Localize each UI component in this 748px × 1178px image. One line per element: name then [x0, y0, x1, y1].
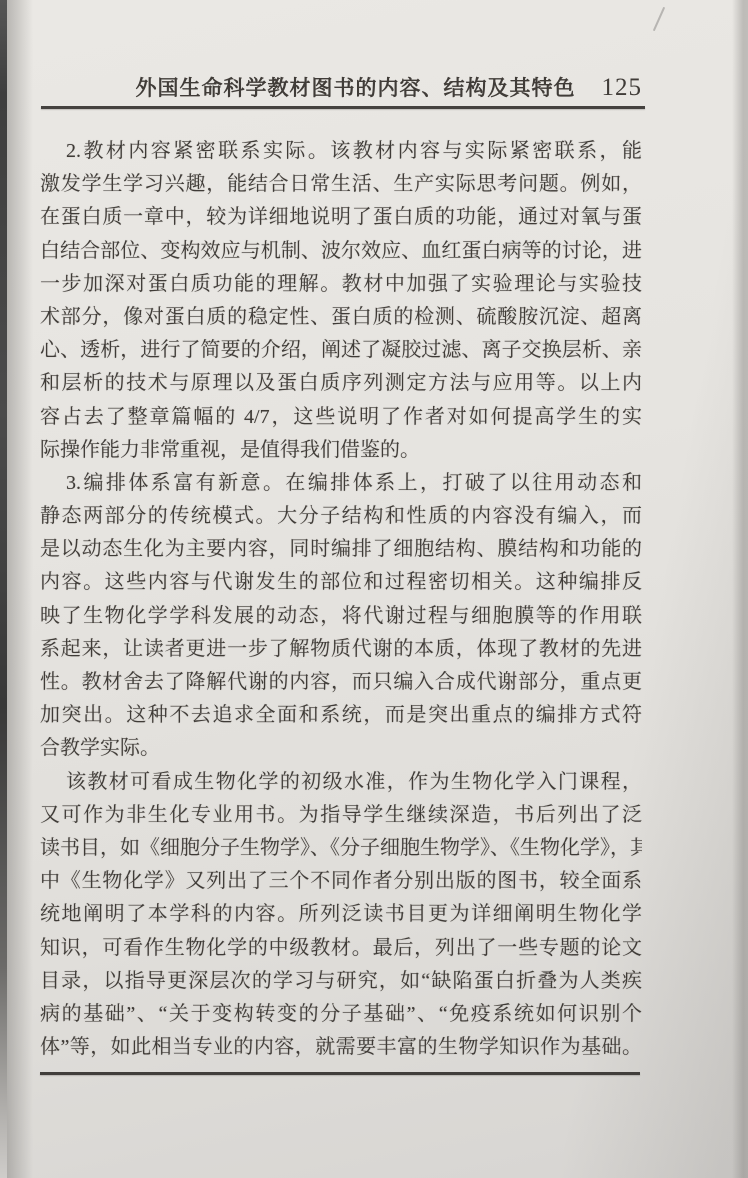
text-line: 统地阐明了本学科的内容。所列泛读书目更为详细阐明生物化学 — [40, 898, 642, 931]
text-line: 心、透析，进行了简要的介绍，阐述了凝胶过滤、离子交换层析、亲 — [40, 334, 642, 367]
text-line: 际操作能力非常重视，是值得我们借鉴的。 — [40, 434, 642, 467]
scan-scratch-mark — [653, 7, 665, 32]
text-line: 是以动态生化为主要内容，同时编排了细胞结构、膜结构和功能的 — [40, 533, 642, 566]
page-right-edge-shadow — [732, 0, 748, 1178]
text-line: 系起来，让读者更进一步了解物质代谢的本质，体现了教材的先进 — [40, 633, 642, 666]
text-line: 激发学生学习兴趣，能结合日常生活、生产实际思考问题。例如， — [40, 168, 642, 201]
page-spine-edge — [0, 0, 7, 1178]
text-line: 内容。这些内容与代谢发生的部位和过程密切相关。这种编排反 — [40, 566, 642, 599]
text-line: 白结合部位、变构效应与机制、波尔效应、血红蛋白病等的讨论，进 — [40, 235, 642, 268]
text-line: 知识，可看作生物化学的中级教材。最后，列出了一些专题的论文 — [40, 932, 642, 965]
running-head: 外国生命科学教材图书的内容、结构及其特色 125 — [40, 72, 642, 102]
header-rule — [41, 106, 645, 109]
body-text: 2.教材内容紧密联系实际。该教材内容与实际紧密联系，能 激发学生学习兴趣，能结合… — [40, 135, 642, 1064]
text-line: 目录，以指导更深层次的学习与研究，如“缺陷蛋白折叠为人类疾 — [40, 965, 642, 998]
text-line: 和层析的技术与原理以及蛋白质序列测定方法与应用等。以上内 — [40, 367, 642, 400]
text-line: 合教学实际。 — [40, 732, 642, 765]
footer-rule — [40, 1072, 640, 1075]
text-line: 2.教材内容紧密联系实际。该教材内容与实际紧密联系，能 — [40, 135, 642, 168]
text-line: 在蛋白质一章中，较为详细地说明了蛋白质的功能，通过对氧与蛋 — [40, 201, 642, 234]
text-line: 病的基础”、“关于变构转变的分子基础”、“免疫系统如何识别个 — [40, 998, 642, 1031]
scanned-book-page: 外国生命科学教材图书的内容、结构及其特色 125 2.教材内容紧密联系实际。该教… — [0, 0, 748, 1178]
text-line: 体”等，如此相当专业的内容，就需要丰富的生物学知识作为基础。 — [40, 1031, 642, 1064]
text-line: 中《生物化学》又列出了三个不同作者分别出版的图书，较全面系 — [40, 865, 642, 898]
running-head-title: 外国生命科学教材图书的内容、结构及其特色 — [136, 72, 576, 102]
text-line: 性。教材舍去了降解代谢的内容，而只编入合成代谢部分，重点更 — [40, 666, 642, 699]
text-line: 3.编排体系富有新意。在编排体系上，打破了以往用动态和 — [40, 467, 642, 500]
text-line: 加突出。这种不去追求全面和系统，而是突出重点的编排方式符 — [40, 699, 642, 732]
text-line: 静态两部分的传统模式。大分子结构和性质的内容没有编入，而 — [40, 500, 642, 533]
text-line: 映了生物化学学科发展的动态，将代谢过程与细胞膜等的作用联 — [40, 600, 642, 633]
page-number: 125 — [602, 74, 643, 102]
page-spine-shadow — [7, 0, 33, 1178]
text-line: 容占去了整章篇幅的 4/7，这些说明了作者对如何提高学生的实 — [40, 401, 642, 434]
text-line: 一步加深对蛋白质功能的理解。教材中加强了实验理论与实验技 — [40, 268, 642, 301]
text-line: 术部分，像对蛋白质的稳定性、蛋白质的检测、硫酸胺沉淀、超离 — [40, 301, 642, 334]
text-line: 又可作为非生化专业用书。为指导学生继续深造，书后列出了泛 — [40, 799, 642, 832]
text-line: 该教材可看成生物化学的初级水准，作为生物化学入门课程， — [40, 766, 642, 799]
text-line: 读书目，如《细胞分子生物学》、《分子细胞生物学》、《生物化学》，其 — [40, 832, 642, 865]
